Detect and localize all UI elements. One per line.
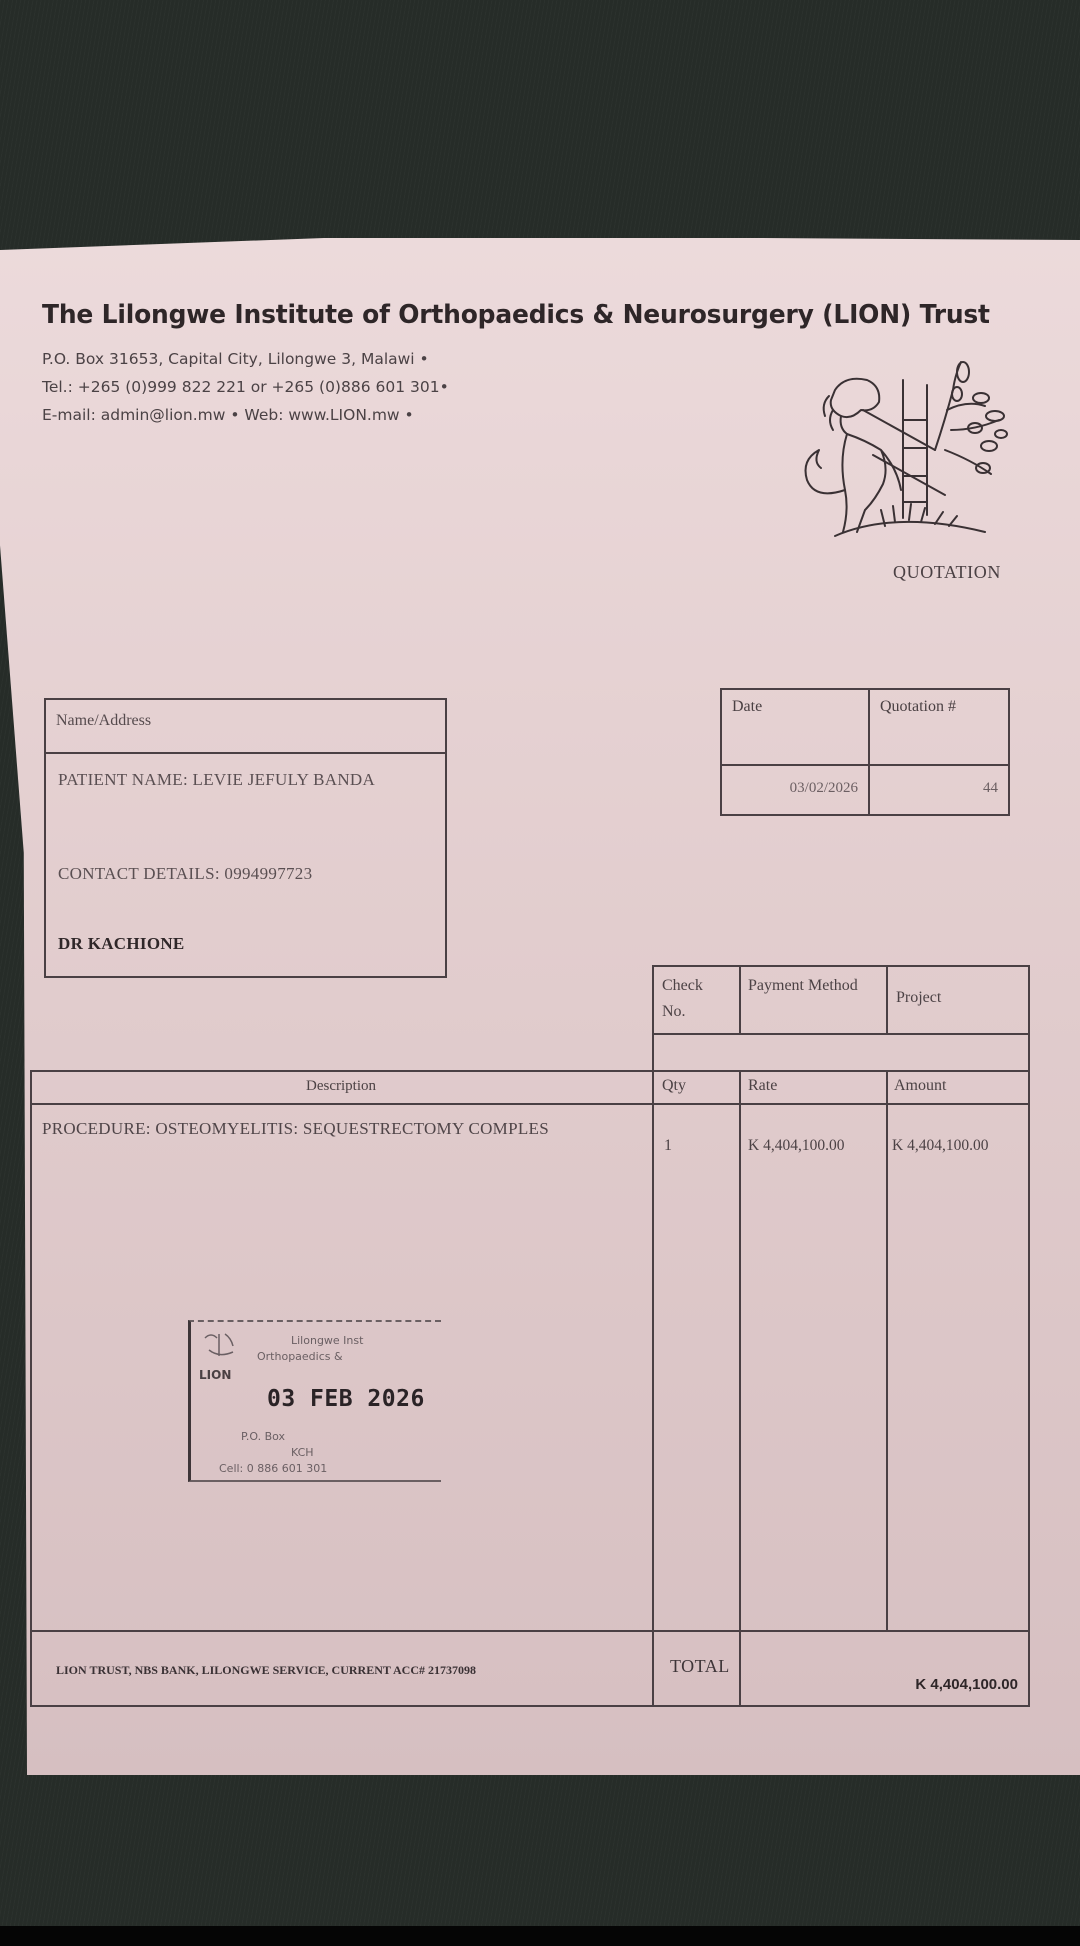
- quotation-number-label: Quotation #: [870, 690, 1008, 766]
- organization-email-web: E-mail: admin@lion.mw • Web: www.LION.mw…: [42, 406, 414, 424]
- project-header: Project: [896, 985, 941, 1011]
- stamp-logo-text: LION: [199, 1368, 231, 1382]
- stamp-line-1: Lilongwe Inst: [291, 1334, 363, 1347]
- total-label: TOTAL: [670, 1653, 730, 1679]
- qty-column-header: Qty: [662, 1073, 686, 1099]
- lion-crest-icon: [785, 350, 1025, 550]
- doctor-name: DR KACHIONE: [58, 934, 185, 954]
- stamp-line-5: Cell: 0 886 601 301: [219, 1462, 327, 1475]
- item-rate: K 4,404,100.00: [748, 1133, 844, 1159]
- check-number-header: Check No.: [662, 973, 722, 1025]
- amount-column-header: Amount: [894, 1073, 946, 1099]
- date-quotation-box: Date Quotation # 03/02/2026 44: [720, 688, 1010, 816]
- organization-address: P.O. Box 31653, Capital City, Lilongwe 3…: [42, 350, 429, 368]
- item-qty: 1: [664, 1133, 672, 1159]
- name-address-header: Name/Address: [46, 700, 445, 754]
- stamp-line-2: Orthopaedics &: [257, 1350, 343, 1363]
- organization-telephone: Tel.: +265 (0)999 822 221 or +265 (0)886…: [42, 378, 449, 396]
- rate-column-header: Rate: [748, 1073, 777, 1099]
- received-date-stamp: Lilongwe Inst Orthopaedics & LION 03 FEB…: [188, 1320, 441, 1482]
- quotation-number-value: 44: [870, 766, 1008, 814]
- date-value: 03/02/2026: [722, 766, 870, 814]
- item-amount: K 4,404,100.00: [892, 1133, 988, 1159]
- total-value: K 4,404,100.00: [890, 1672, 1018, 1698]
- stamp-line-3: P.O. Box: [241, 1430, 285, 1443]
- stamp-date: 03 FEB 2026: [267, 1386, 425, 1412]
- patient-name: PATIENT NAME: LEVIE JEFULY BANDA: [58, 766, 398, 794]
- bank-details: LION TRUST, NBS BANK, LILONGWE SERVICE, …: [56, 1657, 476, 1683]
- line-items-table: Check No. Payment Method Project Descrip…: [30, 965, 1030, 1707]
- description-column-header: Description: [30, 1073, 652, 1099]
- document-title: QUOTATION: [893, 562, 1001, 583]
- stamp-lion-logo-icon: [199, 1328, 239, 1362]
- item-description: PROCEDURE: OSTEOMYELITIS: SEQUESTRECTOMY…: [42, 1113, 582, 1145]
- stamp-line-4: KCH: [291, 1446, 314, 1459]
- contact-details: CONTACT DETAILS: 0994997723: [58, 864, 312, 884]
- organization-name: The Lilongwe Institute of Orthopaedics &…: [42, 300, 990, 330]
- name-address-box: Name/Address PATIENT NAME: LEVIE JEFULY …: [44, 698, 447, 978]
- screen-bottom-bar: [0, 1926, 1080, 1946]
- date-label: Date: [722, 690, 870, 766]
- payment-method-header: Payment Method: [748, 973, 868, 999]
